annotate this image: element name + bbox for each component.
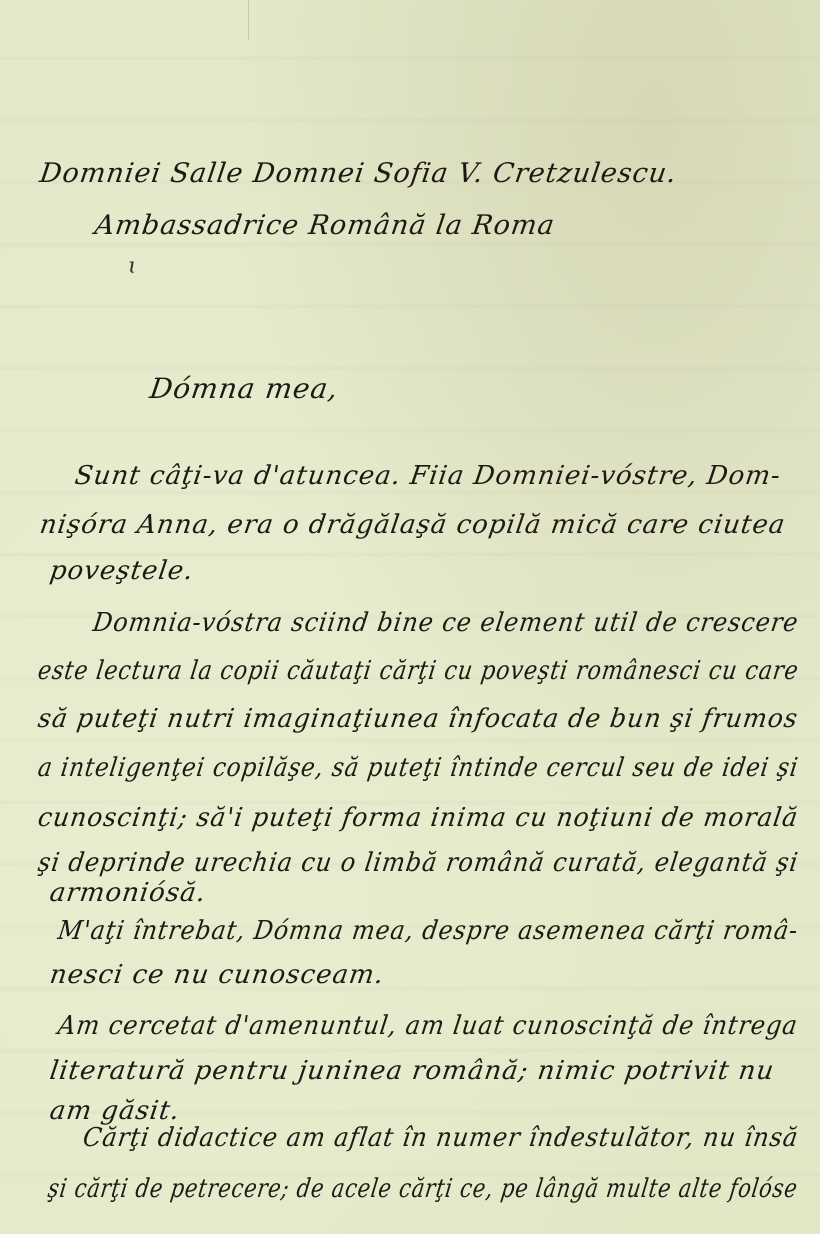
- salutation: Dómna mea,: [148, 375, 340, 403]
- address-line-2: Ambassadrice Română la Roma: [93, 212, 557, 239]
- letter-page: Domniei Salle Domnei Sofia V. Cretzulesc…: [0, 0, 820, 1234]
- body-line: Domnia-vóstra sciind bine ce element uti…: [91, 610, 800, 636]
- body-line: să puteţi nutri imaginaţiunea înfocata d…: [36, 706, 799, 732]
- body-line: este lectura la copii căutaţi cărţi cu p…: [36, 658, 800, 684]
- flourish-mark: ɩ: [128, 254, 137, 279]
- body-line: şi cărţi de petrecere; de acele cărţi ce…: [46, 1176, 799, 1202]
- body-line: poveştele.: [48, 558, 195, 584]
- body-line: Am cercetat d'amenuntul, am luat cunosci…: [56, 1013, 799, 1039]
- body-line: literatură pentru juninea română; nimic …: [48, 1058, 776, 1084]
- body-line: armoniósă.: [48, 880, 208, 906]
- body-line: nesci ce nu cunosceam.: [48, 962, 386, 988]
- body-line: M'aţi întrebat, Dómna mea, despre asemen…: [56, 918, 800, 944]
- body-line: Sunt câţi-va d'atuncea. Fiia Domniei-vós…: [73, 463, 782, 489]
- body-line: Cărţi didactice am aflat în numer îndest…: [81, 1125, 800, 1151]
- body-line: am găsit.: [48, 1098, 182, 1124]
- body-line: cunoscinţi; să'i puteţi forma inima cu n…: [36, 805, 800, 831]
- paper-fold-mark: [248, 0, 249, 40]
- body-line: nişóra Anna, era o drăgălaşă copilă mică…: [38, 512, 787, 538]
- body-line: şi deprinde urechia cu o limbă română cu…: [36, 850, 800, 876]
- body-line: a inteligenţei copilăşe, să puteţi întin…: [36, 755, 800, 781]
- address-line-1: Domniei Salle Domnei Sofia V. Cretzulesc…: [38, 160, 679, 187]
